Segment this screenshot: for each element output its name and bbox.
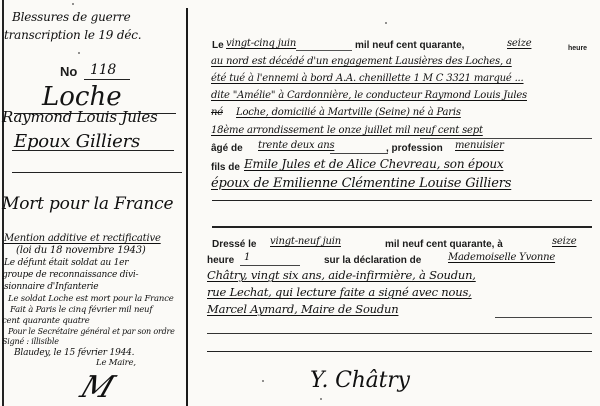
number-underline	[84, 79, 130, 80]
annotation-line: Fait à Paris le cinq février mil neuf	[10, 305, 152, 316]
annotation-line: Le soldat Loche est mort pour la France	[8, 294, 174, 305]
printed-heure: heure	[568, 45, 587, 52]
death-date: vingt-cinq juin	[226, 38, 296, 49]
death-hour: seize	[507, 38, 531, 49]
line6-fill	[420, 138, 592, 139]
death-record-page: Blessures de guerre transcription le 19 …	[0, 0, 600, 406]
annotation-signer-title: Le Maire,	[96, 358, 136, 369]
declarant-signature: Y. Châtry	[310, 368, 410, 393]
body-line-2: au nord est décédé d'un engagement Lausi…	[211, 56, 512, 67]
declarant-line-2: Châtry, vingt six ans, aide-infirmière, …	[207, 268, 476, 282]
speck	[385, 22, 387, 24]
margin-divider	[186, 8, 188, 406]
declarant-name: Mademoiselle Yvonne	[448, 252, 555, 263]
printed-heure-2: heure	[207, 255, 234, 266]
printed-le: Le	[212, 40, 224, 51]
printed-dresse-le: Dressé le	[212, 239, 256, 250]
profession-value: menuisier	[455, 140, 504, 151]
given-names: Raymond Louis Jules	[2, 108, 158, 126]
blank-rule	[207, 351, 592, 352]
drawn-date: vingt-neuf juin	[270, 236, 341, 247]
margin-header-line1: Blessures de guerre	[12, 10, 131, 24]
annotation-line: Le défunt était soldat au 1er	[4, 258, 128, 269]
drawn-minutes: 1	[244, 252, 250, 263]
section-rule	[212, 200, 592, 201]
body-line-3: été tué à l'ennemi à bord A.A. chenillet…	[211, 73, 524, 84]
declarant-line-4: Marcel Aymard, Maire de Soudun	[207, 302, 398, 316]
blank-rule	[207, 333, 592, 334]
annotation-title: Mention additive et rectificative	[4, 233, 161, 244]
speck	[262, 380, 264, 382]
mayor-signature: M	[76, 370, 119, 405]
annotation-line: sionnaire d'Infanterie	[4, 282, 98, 293]
printed-year-a: mil neuf cent quarante, à	[385, 239, 503, 250]
drawn-hour: seize	[552, 236, 576, 247]
spouse-value: époux de Emilienne Clémentine Louise Gil…	[211, 176, 511, 191]
mort-pour-la-france: Mort pour la France	[2, 194, 173, 214]
margin-separator	[12, 172, 182, 173]
printed-age: âgé de	[211, 143, 243, 154]
printed-profession: , profession	[386, 143, 443, 154]
age-fill	[330, 153, 388, 154]
declarant-line-3: rue Lechat, qui lecture faite a signé av…	[207, 285, 472, 299]
annotation-law: (loi du 18 novembre 1943)	[16, 245, 146, 256]
minutes-fill	[240, 265, 300, 266]
annotation-line: groupe de reconnaissance divi-	[2, 270, 138, 281]
speck	[320, 398, 322, 400]
spouse-underline	[12, 150, 174, 151]
printed-year: mil neuf cent quarante,	[355, 40, 464, 51]
section-rule	[212, 226, 592, 228]
speck	[72, 3, 74, 5]
record-number: 118	[90, 62, 116, 78]
age-value: trente deux ans	[258, 140, 334, 151]
margin-header-line2: transcription le 19 déc.	[4, 28, 141, 42]
record-number-label: No	[60, 64, 77, 79]
body-line-5-struck: né	[211, 107, 223, 118]
printed-declaration: sur la déclaration de	[324, 255, 421, 266]
spouse-line: Epoux Gilliers	[14, 131, 140, 152]
body-line-4: dite "Amélie" à Cardonnière, le conducte…	[211, 90, 527, 101]
speck	[78, 52, 80, 54]
date-fill-line	[296, 50, 352, 51]
body-line-6: 18ème arrondissement le onze juillet mil…	[211, 125, 483, 136]
body-line-5: Loche, domicilié à Martville (Seine) né …	[236, 107, 461, 118]
line-fill	[495, 317, 592, 318]
parents-value: Emile Jules et de Alice Chevreau, son ép…	[244, 157, 503, 171]
printed-fils-de: fils de	[211, 162, 240, 173]
annotation-line: Signé : illisible	[2, 336, 59, 347]
